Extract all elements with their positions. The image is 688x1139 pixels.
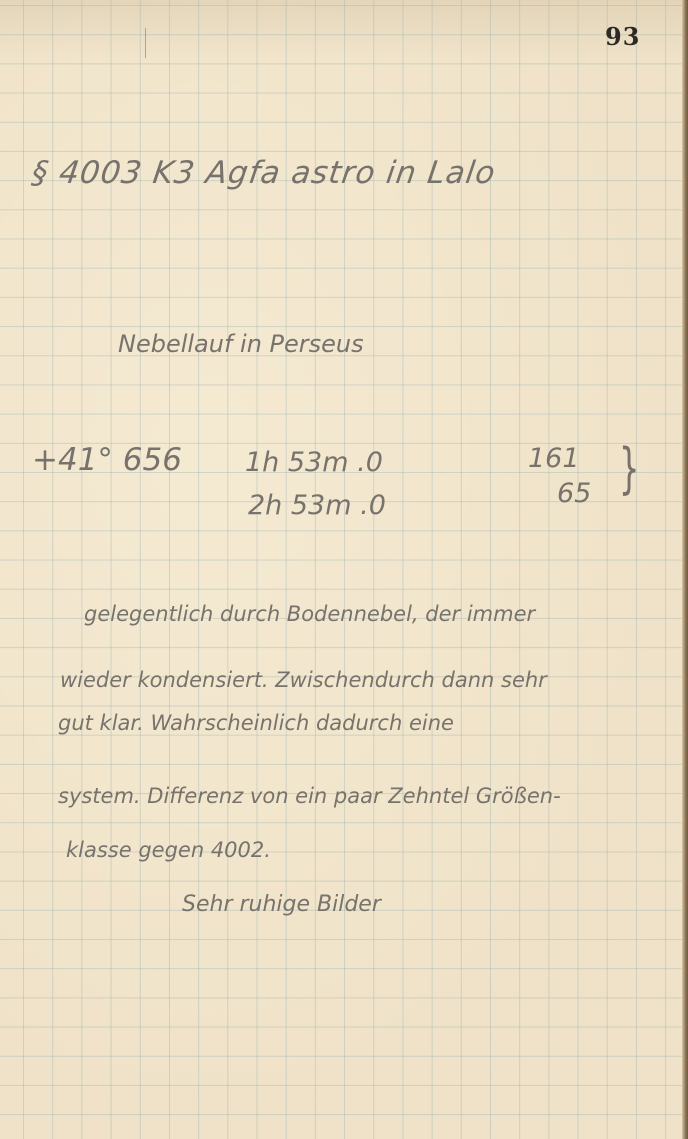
page-top-shading [0, 0, 688, 60]
observation-time-1: 1h 53m .0 [245, 447, 383, 478]
entry-subheading: Nebellauf in Perseus [118, 330, 364, 358]
brace-icon: } [619, 442, 640, 496]
observation-coordinate: +41° 656 [32, 442, 182, 478]
note-line-2: wieder kondensiert. Zwischendurch dann s… [60, 668, 547, 692]
notebook-page: 93 § 4003 K3 Agfa astro in Lalo Nebellau… [0, 0, 688, 1139]
note-line-4: system. Differenz von ein paar Zehntel G… [58, 784, 561, 808]
note-line-5: klasse gegen 4002. [66, 838, 271, 862]
observation-value-2: 65 [557, 478, 591, 509]
note-line-1: gelegentlich durch Bodennebel, der immer [84, 602, 535, 626]
note-line-3: gut klar. Wahrscheinlich dadurch eine [58, 711, 454, 735]
observation-time-2: 2h 53m .0 [248, 490, 386, 521]
observation-value-1: 161 [528, 443, 580, 474]
pencil-mark [145, 28, 146, 58]
page-binding-edge [682, 0, 688, 1139]
note-line-6: Sehr ruhige Bilder [182, 892, 381, 917]
page-number: 93 [605, 22, 640, 51]
entry-heading: § 4003 K3 Agfa astro in Lalo [29, 155, 498, 191]
